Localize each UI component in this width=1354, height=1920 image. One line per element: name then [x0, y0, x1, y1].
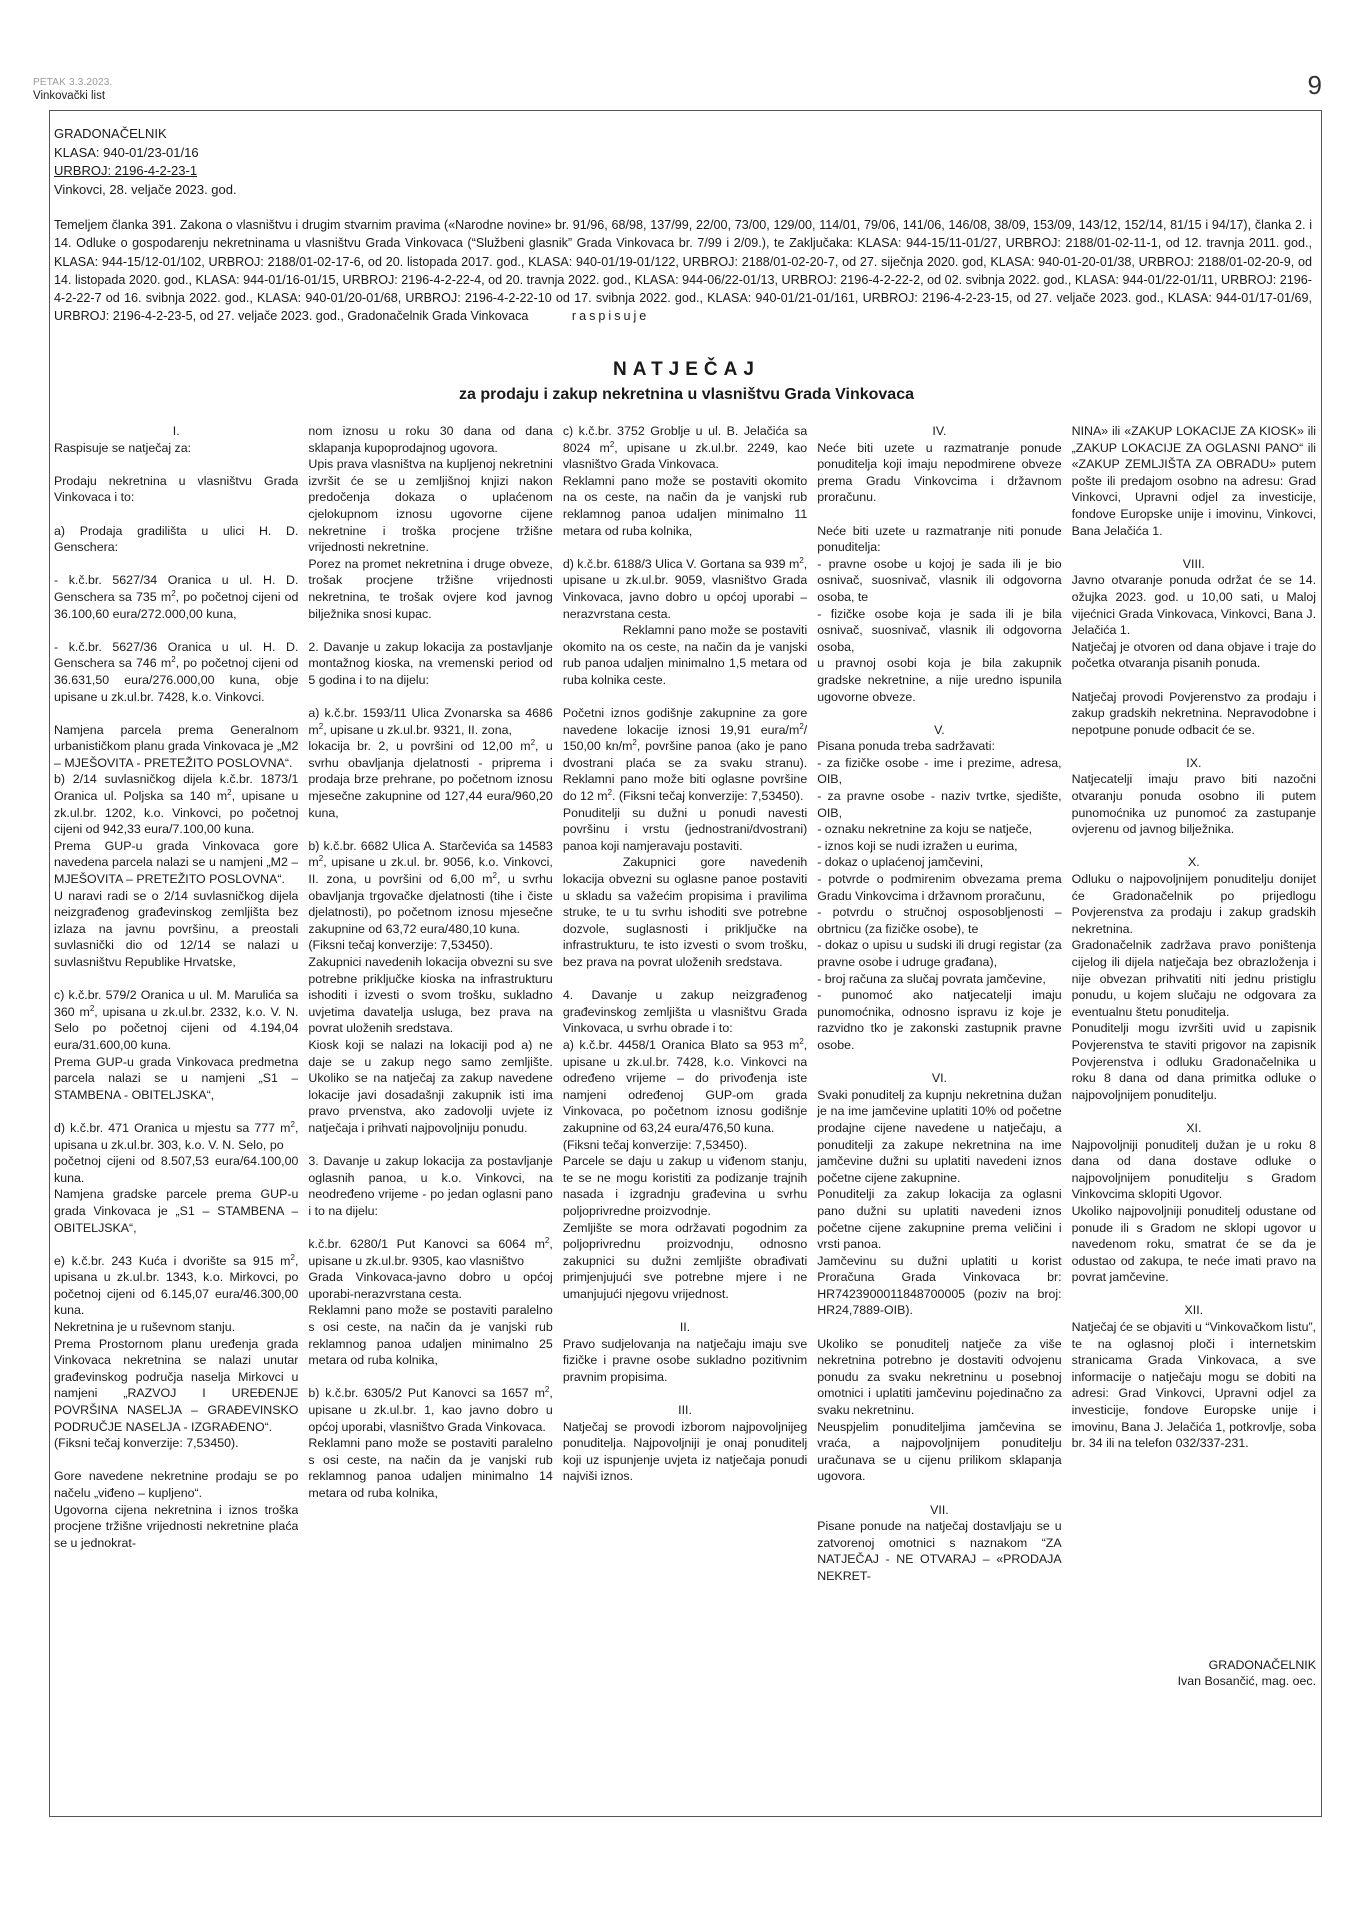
paragraph: a) k.č.br. 1593/11 Ulica Zvonarska sa 46… [308, 705, 552, 738]
paragraph-spacer [308, 1369, 552, 1386]
section-number: X. [1072, 854, 1316, 871]
paragraph: Neuspjelim ponuditeljima jamčevina se vr… [817, 1419, 1061, 1485]
paragraph: Prema GUP-u grada Vinkovaca gore naveden… [54, 838, 298, 888]
paragraph-spacer [54, 622, 298, 639]
paragraph: Početni iznos godišnje zakupnine za gore… [563, 705, 807, 805]
paragraph: U naravi radi se o 2/14 suvlasničkog dij… [54, 888, 298, 971]
paragraph-spacer [817, 1485, 1061, 1502]
signature-block: GRADONAČELNIKIvan Bosančić, mag. oec. [1072, 1657, 1316, 1690]
paragraph: - k.č.br. 5627/34 Oranica u ul. H. D. Ge… [54, 572, 298, 622]
paragraph-spacer [817, 1319, 1061, 1336]
notice-subtitle: za prodaju i zakup nekretnina u vlasništ… [50, 386, 1323, 404]
paragraph: Gradonačelnik zadržava pravo poništenja … [1072, 937, 1316, 1020]
paragraph: Natječaj provodi Povjerenstvo za prodaju… [1072, 689, 1316, 739]
paragraph-spacer [1072, 1103, 1316, 1120]
paragraph: Prema Prostornom planu uređenja grada Vi… [54, 1336, 298, 1436]
publication-name: Vinkovački list [33, 89, 113, 103]
paragraph: (Fiksni tečaj konverzije: 7,53450). [54, 1435, 298, 1452]
paragraph: a) k.č.br. 4458/1 Oranica Blato sa 953 m… [563, 1037, 807, 1137]
paragraph: Ponuditelji su dužni u ponudi navesti po… [563, 805, 807, 855]
issuer: GRADONAČELNIK [54, 125, 237, 144]
section-number: VII. [817, 1502, 1061, 1519]
paragraph: Upis prava vlasništva na kupljenoj nekre… [308, 456, 552, 556]
section-number: VI. [817, 1070, 1061, 1087]
paragraph: Reklamni pano može se postaviti paraleln… [308, 1435, 552, 1501]
paragraph: b) k.č.br. 6682 Ulica A. Starčevića sa 1… [308, 838, 552, 938]
paragraph: - potvrde o podmirenim obvezama prema Gr… [817, 871, 1061, 904]
paragraph: Natječaj je otvoren od dana objave i tra… [1072, 639, 1316, 672]
paragraph-spacer [308, 1220, 552, 1237]
paragraph: 4. Davanje u zakup neizgrađenog građevin… [563, 987, 807, 1037]
section-number: XII. [1072, 1302, 1316, 1319]
page-header: PETAK 3.3.2023. Vinkovački list [33, 76, 113, 103]
paragraph: Zemljište se mora održavati pogodnim za … [563, 1220, 807, 1303]
column-3: c) k.č.br. 3752 Groblje u ul. B. Jelačić… [563, 423, 807, 1813]
paragraph: Pisane ponude na natječaj dostavljaju se… [817, 1518, 1061, 1584]
section-number: V. [817, 722, 1061, 739]
paragraph: Namjena parcela prema Generalnom urbanis… [54, 722, 298, 772]
section-number: XI. [1072, 1120, 1316, 1137]
paragraph: Ponuditelji mogu izvršiti uvid u zapisni… [1072, 1020, 1316, 1103]
raspisuje-label: raspisuje [572, 309, 649, 323]
signature-title: GRADONAČELNIK [1072, 1657, 1316, 1674]
paragraph: Zakupnici gore navedenih lokacija obvezn… [563, 854, 807, 970]
document-meta: GRADONAČELNIK KLASA: 940-01/23-01/16 URB… [54, 125, 237, 199]
place-date: Vinkovci, 28. veljače 2023. god. [54, 181, 237, 200]
paragraph-spacer [308, 821, 552, 838]
paragraph: Natječaj će se objaviti u “Vinkovačkom l… [1072, 1319, 1316, 1452]
paragraph: Natječaj se provodi izborom najpovoljnij… [563, 1419, 807, 1485]
paragraph: Kiosk koji se nalazi na lokaciji pod a) … [308, 1037, 552, 1137]
issue-date: PETAK 3.3.2023. [33, 76, 113, 89]
paragraph: - dokaz o uplaćenoj jamčevini, [817, 854, 1061, 871]
paragraph: Prema GUP-u grada Vinkovaca predmetna pa… [54, 1054, 298, 1104]
section-number: II. [563, 1319, 807, 1336]
paragraph-spacer [1072, 738, 1316, 755]
paragraph: - broj računa za slučaj povrata jamčevin… [817, 971, 1061, 988]
column-5: NINA» ili «ZAKUP LOKACIJE ZA KIOSK» ili … [1072, 423, 1316, 1813]
legal-preamble: Temeljem članka 391. Zakona o vlasništvu… [54, 216, 1312, 326]
section-number: I. [54, 423, 298, 440]
paragraph: Raspisuje se natječaj za: [54, 440, 298, 457]
paragraph-spacer [54, 705, 298, 722]
paragraph-spacer [563, 971, 807, 988]
paragraph: 3. Davanje u zakup lokacija za postavlja… [308, 1153, 552, 1219]
paragraph-spacer [308, 1137, 552, 1154]
paragraph: - punomoć ako natjecatelji imaju punomoć… [817, 987, 1061, 1053]
paragraph: - dokaz o upisu u sudski ili drugi regis… [817, 937, 1061, 970]
paragraph: početnoj cijeni od 8.507,53 eura/64.100,… [54, 1153, 298, 1186]
paragraph: Porez na promet nekretnina i druge obvez… [308, 556, 552, 622]
paragraph: k.č.br. 6280/1 Put Kanovci sa 6064 m2, u… [308, 1236, 552, 1269]
paragraph-spacer [817, 506, 1061, 523]
paragraph: Ukoliko najpovoljniji ponuditelj odustan… [1072, 1203, 1316, 1286]
paragraph: Gore navedene nekretnine prodaju se po n… [54, 1468, 298, 1501]
paragraph: Reklamni pano može se postaviti okomito … [563, 473, 807, 539]
notice-frame: GRADONAČELNIK KLASA: 940-01/23-01/16 URB… [49, 110, 1322, 1817]
paragraph: b) 2/14 suvlasničkog dijela k.č.br. 1873… [54, 771, 298, 837]
paragraph: Namjena gradske parcele prema GUP-u grad… [54, 1186, 298, 1236]
notice-title: NATJEČAJ [50, 359, 1323, 381]
paragraph: Jamčevinu su dužni uplatiti u korist Pro… [817, 1253, 1061, 1319]
section-number: III. [563, 1402, 807, 1419]
paragraph: (Fiksni tečaj konverzije: 7,53450). [563, 1137, 807, 1154]
signatory-name: Ivan Bosančić, mag. oec. [1072, 1673, 1316, 1690]
paragraph: Ugovorna cijena nekretnina i iznos trošk… [54, 1502, 298, 1552]
paragraph: - potvrdu o stručnoj osposobljenosti – o… [817, 904, 1061, 937]
paragraph-spacer [54, 1236, 298, 1253]
paragraph-spacer [308, 622, 552, 639]
paragraph: Ukoliko se ponuditelj natječe za više ne… [817, 1336, 1061, 1419]
paragraph: d) k.č.br. 6188/3 Ulica V. Gortana sa 93… [563, 556, 807, 622]
paragraph: Prodaju nekretnina u vlasništvu Grada Vi… [54, 473, 298, 506]
paragraph: lokacija br. 2, u površini od 12,00 m2, … [308, 738, 552, 821]
paragraph: 2. Davanje u zakup lokacija za postavlja… [308, 639, 552, 689]
paragraph-spacer [563, 1385, 807, 1402]
paragraph: Parcele se daju u zakup u viđenom stanju… [563, 1153, 807, 1219]
paragraph-spacer [1072, 838, 1316, 855]
paragraph: Reklamni pano može se postaviti paraleln… [308, 1302, 552, 1368]
paragraph: - pravne osobe u kojoj je sada ili je bi… [817, 556, 1061, 606]
section-number: VIII. [1072, 556, 1316, 573]
column-1: I.Raspisuje se natječaj za:Prodaju nekre… [54, 423, 298, 1813]
paragraph: e) k.č.br. 243 Kuća i dvorište sa 915 m2… [54, 1253, 298, 1319]
paragraph: Najpovoljniji ponuditelj dužan je u roku… [1072, 1137, 1316, 1203]
paragraph-spacer [1072, 672, 1316, 689]
paragraph: b) k.č.br. 6305/2 Put Kanovci sa 1657 m2… [308, 1385, 552, 1435]
paragraph: c) k.č.br. 3752 Groblje u ul. B. Jelačić… [563, 423, 807, 473]
paragraph: Pravo sudjelovanja na natječaju imaju sv… [563, 1336, 807, 1386]
paragraph: u pravnoj osobi koja je bila zakupnik gr… [817, 655, 1061, 705]
paragraph: Natjecatelji imaju pravo biti nazočni ot… [1072, 771, 1316, 837]
urbroj: URBROJ: 2196-4-2-23-1 [54, 162, 237, 181]
notice-body: I.Raspisuje se natječaj za:Prodaju nekre… [54, 423, 1316, 1813]
paragraph: - iznos koji se nudi izražen u eurima, [817, 838, 1061, 855]
section-number: IV. [817, 423, 1061, 440]
paragraph: Zakupnici navedenih lokacija obvezni su … [308, 954, 552, 1037]
page-number: 9 [1308, 70, 1322, 101]
paragraph: - k.č.br. 5627/36 Oranica u ul. H. D. Ge… [54, 639, 298, 705]
paragraph: Svaki ponuditelj za kupnju nekretnina du… [817, 1087, 1061, 1187]
paragraph-spacer [1072, 1286, 1316, 1303]
paragraph: a) Prodaja gradilišta u ulici H. D. Gens… [54, 523, 298, 556]
paragraph: Grada Vinkovaca-javno dobro u općoj upor… [308, 1269, 552, 1302]
paragraph: - oznaku nekretnine za koju se natječe, [817, 821, 1061, 838]
paragraph: - za pravne osobe - naziv tvrtke, sjediš… [817, 788, 1061, 821]
paragraph: - za fizičke osobe - ime i prezime, adre… [817, 755, 1061, 788]
paragraph-spacer [563, 689, 807, 706]
paragraph: Ponuditelji za zakup lokacija za oglasni… [817, 1186, 1061, 1252]
paragraph: (Fiksni tečaj konverzije: 7,53450). [308, 937, 552, 954]
paragraph-spacer [817, 1054, 1061, 1071]
paragraph-spacer [54, 456, 298, 473]
paragraph: d) k.č.br. 471 Oranica u mjestu sa 777 m… [54, 1120, 298, 1153]
paragraph: NINA» ili «ZAKUP LOKACIJE ZA KIOSK» ili … [1072, 423, 1316, 539]
paragraph-spacer [817, 705, 1061, 722]
paragraph: nom iznosu u roku 30 dana od dana sklapa… [308, 423, 552, 456]
paragraph: Javno otvaranje ponuda održat će se 14. … [1072, 572, 1316, 638]
paragraph: Neće biti uzete u razmatranje niti ponud… [817, 523, 1061, 556]
paragraph: Neće biti uzete u razmatranje ponude pon… [817, 440, 1061, 506]
paragraph: Odluku o najpovoljnijem ponuditelju doni… [1072, 871, 1316, 937]
paragraph: Reklamni pano može se postaviti okomito … [563, 622, 807, 688]
paragraph: Nekretnina je u ruševnom stanju. [54, 1319, 298, 1336]
paragraph-spacer [563, 1302, 807, 1319]
paragraph-spacer [54, 556, 298, 573]
klasa: KLASA: 940-01/23-01/16 [54, 144, 237, 163]
paragraph: - fizičke osobe koja je sada ili je bila… [817, 606, 1061, 656]
paragraph: c) k.č.br. 579/2 Oranica u ul. M. Maruli… [54, 987, 298, 1053]
preamble-text: Temeljem članka 391. Zakona o vlasništvu… [54, 218, 1312, 323]
paragraph-spacer [1072, 539, 1316, 556]
column-2: nom iznosu u roku 30 dana od dana sklapa… [308, 423, 552, 1813]
paragraph-spacer [54, 506, 298, 523]
column-4: IV.Neće biti uzete u razmatranje ponude … [817, 423, 1061, 1813]
paragraph-spacer [54, 1103, 298, 1120]
paragraph: Pisana ponuda treba sadržavati: [817, 738, 1061, 755]
paragraph-spacer [54, 1452, 298, 1469]
paragraph-spacer [308, 689, 552, 706]
section-number: IX. [1072, 755, 1316, 772]
paragraph-spacer [563, 539, 807, 556]
paragraph-spacer [54, 971, 298, 988]
